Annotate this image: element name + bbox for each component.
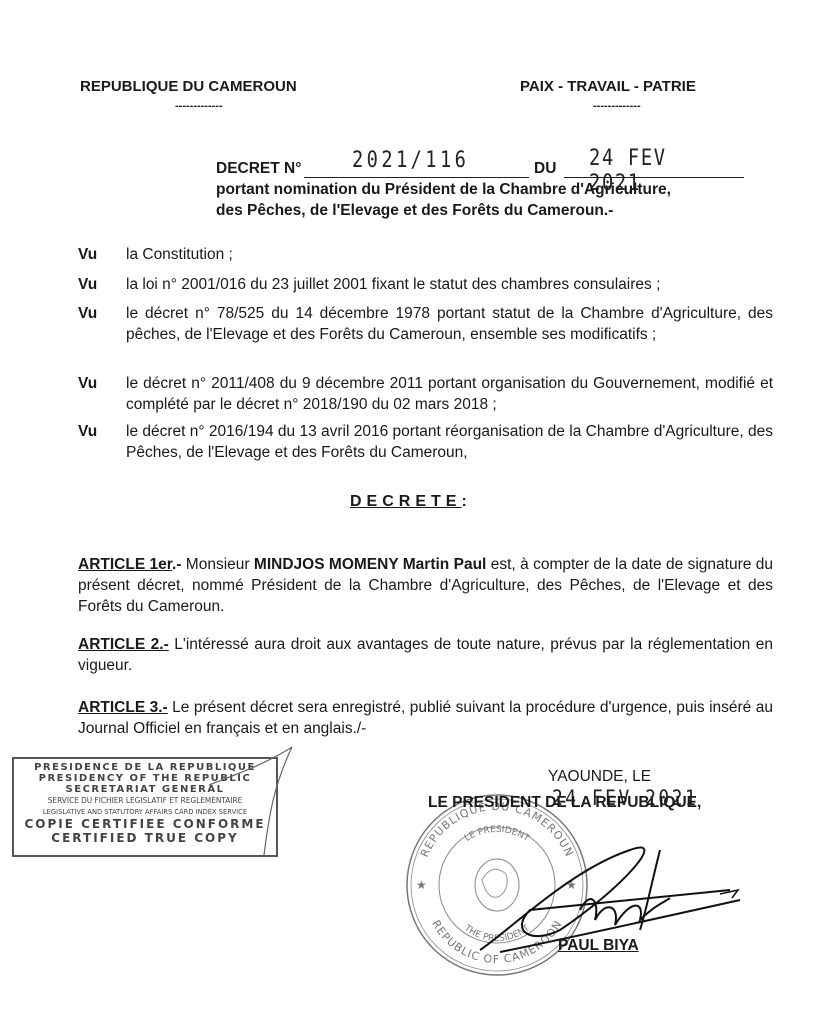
decree-number: 2021/116 bbox=[352, 148, 469, 173]
header-republic: REPUBLIQUE DU CAMEROUN bbox=[80, 78, 297, 95]
decree-label: DECRET N° bbox=[216, 160, 301, 178]
visa-text: le décret n° 2011/408 du 9 décembre 2011… bbox=[126, 373, 773, 415]
visa-label: Vu bbox=[78, 303, 126, 345]
visa-item: Vu le décret n° 2011/408 du 9 décembre 2… bbox=[78, 373, 773, 415]
header-right-separator: ------------- bbox=[593, 100, 641, 112]
signatory-name: PAUL BIYA bbox=[558, 937, 639, 955]
decree-number-line: DECRET N° 2021/116 DU 24 FEV 2021 bbox=[216, 146, 746, 180]
article-2: ARTICLE 2.- L'intéressé aura droit aux a… bbox=[78, 634, 773, 676]
article-text: L'intéressé aura droit aux avantages de … bbox=[78, 636, 773, 674]
certified-copy-stamp: PRESIDENCE DE LA REPUBLIQUE PRESIDENCY O… bbox=[12, 757, 278, 857]
visa-item: Vu le décret n° 78/525 du 14 décembre 19… bbox=[78, 303, 773, 345]
decree-number-underline bbox=[304, 177, 529, 178]
decree-subject-line-1: portant nomination du Président de la Ch… bbox=[216, 181, 671, 199]
article-title: ARTICLE 1er bbox=[78, 556, 172, 573]
decrete-heading: DECRETE: bbox=[350, 493, 472, 511]
visa-text: le décret n° 78/525 du 14 décembre 1978 … bbox=[126, 303, 773, 345]
decrete-colon: : bbox=[461, 493, 471, 510]
article-title: ARTICLE 3.- bbox=[78, 699, 168, 716]
visa-text: la loi n° 2001/016 du 23 juillet 2001 fi… bbox=[126, 274, 773, 295]
visa-item: Vu la Constitution ; bbox=[78, 244, 773, 265]
decree-du-label: DU bbox=[534, 160, 556, 178]
signature-place-label: YAOUNDE, LE bbox=[548, 768, 651, 785]
stamp-overstrike-mark bbox=[204, 745, 294, 857]
article-text: Monsieur bbox=[181, 556, 254, 573]
visa-text: le décret n° 2016/194 du 13 avril 2016 p… bbox=[126, 421, 773, 463]
signatory-title: LE PRESIDENT DE LA REPUBLIQUE, bbox=[428, 794, 701, 812]
visa-label: Vu bbox=[78, 244, 126, 265]
visa-label: Vu bbox=[78, 373, 126, 415]
visa-label: Vu bbox=[78, 421, 126, 463]
visa-text: la Constitution ; bbox=[126, 244, 773, 265]
article-text: Le présent décret sera enregistré, publi… bbox=[78, 699, 773, 737]
svg-text:★: ★ bbox=[416, 878, 427, 892]
header-left-separator: ------------- bbox=[175, 100, 223, 112]
article-title-suffix: .- bbox=[172, 556, 181, 573]
visa-item: Vu le décret n° 2016/194 du 13 avril 201… bbox=[78, 421, 773, 463]
visa-label: Vu bbox=[78, 274, 126, 295]
article-1: ARTICLE 1er.- Monsieur MINDJOS MOMENY Ma… bbox=[78, 554, 773, 617]
appointee-name: MINDJOS MOMENY Martin Paul bbox=[254, 556, 486, 573]
header-motto: PAIX - TRAVAIL - PATRIE bbox=[520, 78, 696, 95]
article-3: ARTICLE 3.- Le présent décret sera enreg… bbox=[78, 697, 773, 739]
decree-subject-line-2: des Pêches, de l'Elevage et des Forêts d… bbox=[216, 202, 613, 220]
decrete-title: DECRETE bbox=[350, 493, 461, 510]
visa-item: Vu la loi n° 2001/016 du 23 juillet 2001… bbox=[78, 274, 773, 295]
article-title: ARTICLE 2.- bbox=[78, 636, 169, 653]
